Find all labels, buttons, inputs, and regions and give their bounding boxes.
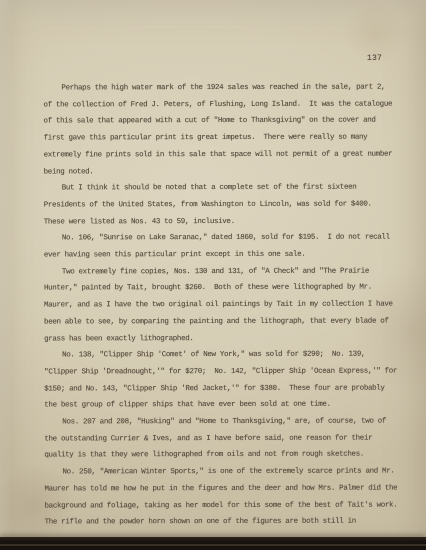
scan-edge-band xyxy=(0,537,426,550)
page-number: 137 xyxy=(367,54,382,63)
document-page: 137 Perhaps the high water mark of the 1… xyxy=(0,0,426,550)
paragraph: Two extremely fine copies, Nos. 130 and … xyxy=(44,263,397,347)
paragraph: No. 106, "Sunrise on Lake Saranac," date… xyxy=(44,230,397,264)
paragraph: No. 250, "American Winter Sports," is on… xyxy=(44,464,397,532)
paragraph: Perhaps the high water mark of the 1924 … xyxy=(43,80,396,181)
paragraph: Nos. 207 and 208, "Husking" and "Home to… xyxy=(44,414,397,465)
page-body: Perhaps the high water mark of the 1924 … xyxy=(43,80,397,532)
scan-edge-highlight xyxy=(0,544,426,546)
paragraph: No. 138, "Clipper Ship 'Comet' of New Yo… xyxy=(44,347,397,415)
paragraph: But I think it should be noted that a co… xyxy=(44,180,397,231)
